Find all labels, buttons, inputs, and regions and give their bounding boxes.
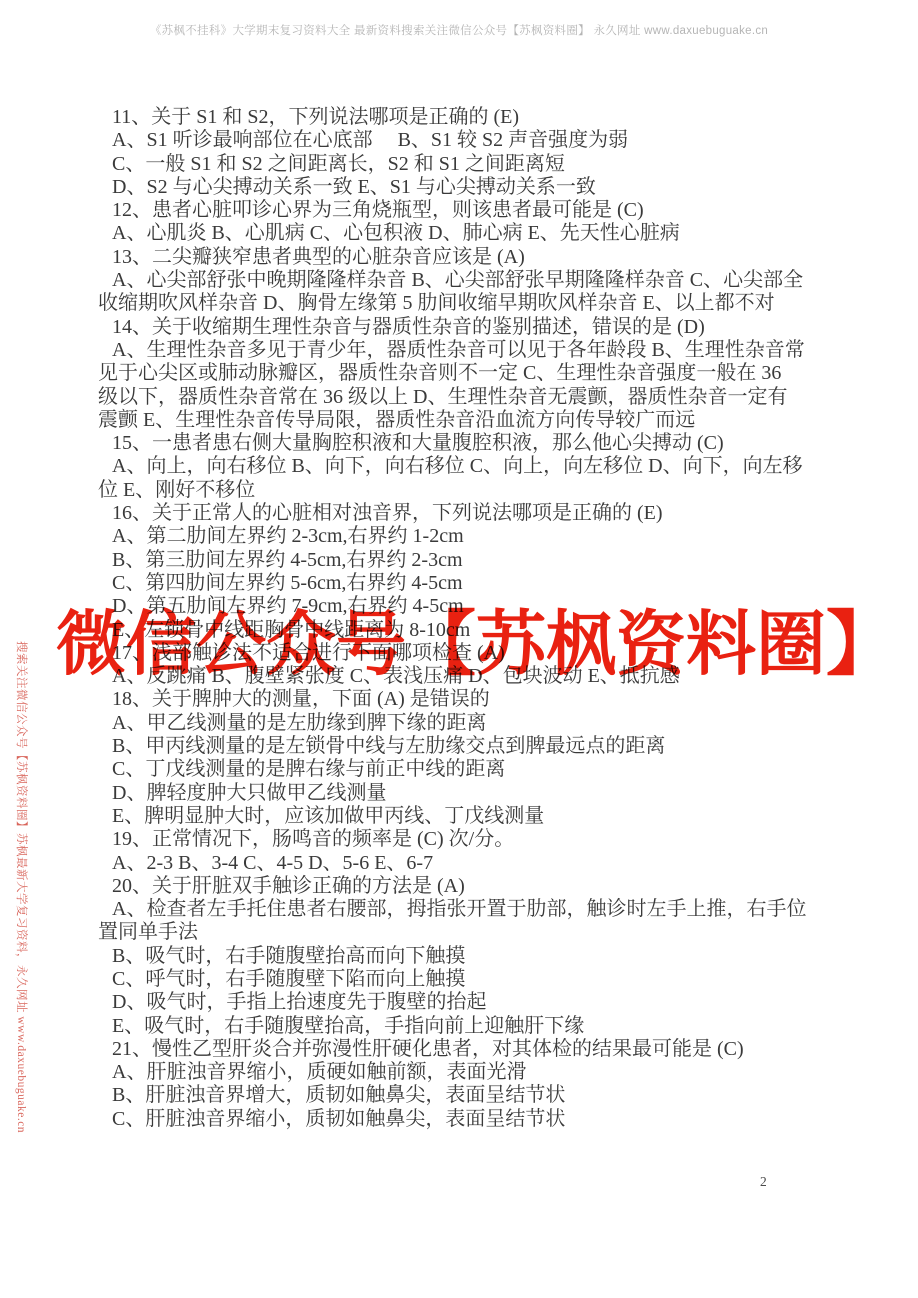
text-line: 17、浅部触诊法不适合进行下面哪项检查 (A) <box>98 642 838 665</box>
text-line: B、吸气时，右手随腹壁抬高而向下触摸 <box>98 945 838 968</box>
text-line: 级以下，器质性杂音常在 36 级以上 D、生理性杂音无震颤，器质性杂音一定有 <box>98 386 838 409</box>
text-line: 18、关于脾肿大的测量，下面 (A) 是错误的 <box>98 688 838 711</box>
text-line: A、心肌炎 B、心肌病 C、心包积液 D、肺心病 E、先天性心脏病 <box>98 222 838 245</box>
text-line: D、S2 与心尖搏动关系一致 E、S1 与心尖搏动关系一致 <box>98 176 838 199</box>
side-watermark-text: 搜索关注微信公众号【苏枫资料圈】苏枫最新大学复习资料，永久网址 www.daxu… <box>14 641 30 1133</box>
page-header-text: 《苏枫不挂科》大学期末复习资料大全 最新资料搜索关注微信公众号【苏枫资料圈】 永… <box>0 22 918 38</box>
text-line: C、一般 S1 和 S2 之间距离长，S2 和 S1 之间距离短 <box>98 153 838 176</box>
text-line: A、甲乙线测量的是左肋缘到脾下缘的距离 <box>98 712 838 735</box>
text-line: A、向上，向右移位 B、向下，向右移位 C、向上，向左移位 D、向下，向左移 <box>98 455 838 478</box>
text-line: A、肝脏浊音界缩小，质硬如触前额，表面光滑 <box>98 1061 838 1084</box>
text-line: 14、关于收缩期生理性杂音与器质性杂音的鉴别描述，错误的是 (D) <box>98 316 838 339</box>
text-line: A、反跳痛 B、腹壁紧张度 C、表浅压痛 D、包块波动 E、抵抗感 <box>98 665 838 688</box>
text-line: 位 E、刚好不移位 <box>98 479 838 502</box>
text-line: 见于心尖区或肺动脉瓣区，器质性杂音则不一定 C、生理性杂音强度一般在 36 <box>98 362 838 385</box>
text-line: B、肝脏浊音界增大，质韧如触鼻尖，表面呈结节状 <box>98 1084 838 1107</box>
text-line: C、第四肋间左界约 5-6cm,右界约 4-5cm <box>98 572 838 595</box>
text-line: B、甲丙线测量的是左锁骨中线与左肋缘交点到脾最远点的距离 <box>98 735 838 758</box>
text-line: E、吸气时，右手随腹壁抬高，手指向前上迎触肝下缘 <box>98 1015 838 1038</box>
text-line: 震颤 E、生理性杂音传导局限，器质性杂音沿血流方向传导较广而远 <box>98 409 838 432</box>
text-line: C、呼气时，右手随腹壁下陷而向上触摸 <box>98 968 838 991</box>
text-line: A、心尖部舒张中晚期隆隆样杂音 B、心尖部舒张早期隆隆样杂音 C、心尖部全 <box>98 269 838 292</box>
text-line: 19、正常情况下，肠鸣音的频率是 (C) 次/分。 <box>98 828 838 851</box>
text-line: 16、关于正常人的心脏相对浊音界，下列说法哪项是正确的 (E) <box>98 502 838 525</box>
text-line: C、丁戊线测量的是脾右缘与前正中线的距离 <box>98 758 838 781</box>
text-line: 15、一患者患右侧大量胸腔积液和大量腹腔积液，那么他心尖搏动 (C) <box>98 432 838 455</box>
text-line: D、第五肋间左界约 7-9cm,右界约 4-5cm <box>98 595 838 618</box>
page-number: 2 <box>760 1174 767 1190</box>
text-line: A、检查者左手托住患者右腰部，拇指张开置于肋部，触诊时左手上推，右手位 <box>98 898 838 921</box>
text-line: 21、慢性乙型肝炎合并弥漫性肝硬化患者，对其体检的结果最可能是 (C) <box>98 1038 838 1061</box>
text-line: C、肝脏浊音界缩小，质韧如触鼻尖，表面呈结节状 <box>98 1108 838 1131</box>
text-line: B、第三肋间左界约 4-5cm,右界约 2-3cm <box>98 549 838 572</box>
text-line: 13、二尖瓣狭窄患者典型的心脏杂音应该是 (A) <box>98 246 838 269</box>
text-line: 11、关于 S1 和 S2，下列说法哪项是正确的 (E) <box>98 106 838 129</box>
text-line: 收缩期吹风样杂音 D、胸骨左缘第 5 肋间收缩早期吹风样杂音 E、以上都不对 <box>98 292 838 315</box>
text-line: 12、患者心脏叩诊心界为三角烧瓶型，则该患者最可能是 (C) <box>98 199 838 222</box>
text-line: A、第二肋间左界约 2-3cm,右界约 1-2cm <box>98 525 838 548</box>
text-line: A、2-3 B、3-4 C、4-5 D、5-6 E、6-7 <box>98 852 838 875</box>
text-line: 置同单手法 <box>98 921 838 944</box>
text-line: E、左锁骨中线距胸骨中线距离为 8-10cm <box>98 619 838 642</box>
document-lines: 11、关于 S1 和 S2，下列说法哪项是正确的 (E)A、S1 听诊最响部位在… <box>98 106 838 1131</box>
text-line: A、生理性杂音多见于青少年，器质性杂音可以见于各年龄段 B、生理性杂音常 <box>98 339 838 362</box>
text-line: E、脾明显肿大时，应该加做甲丙线、丁戊线测量 <box>98 805 838 828</box>
text-line: A、S1 听诊最响部位在心底部 B、S1 较 S2 声音强度为弱 <box>98 129 838 152</box>
text-line: D、脾轻度肿大只做甲乙线测量 <box>98 782 838 805</box>
text-line: D、吸气时，手指上抬速度先于腹壁的抬起 <box>98 991 838 1014</box>
text-line: 20、关于肝脏双手触诊正确的方法是 (A) <box>98 875 838 898</box>
document-page: 《苏枫不挂科》大学期末复习资料大全 最新资料搜索关注微信公众号【苏枫资料圈】 永… <box>0 0 918 1298</box>
